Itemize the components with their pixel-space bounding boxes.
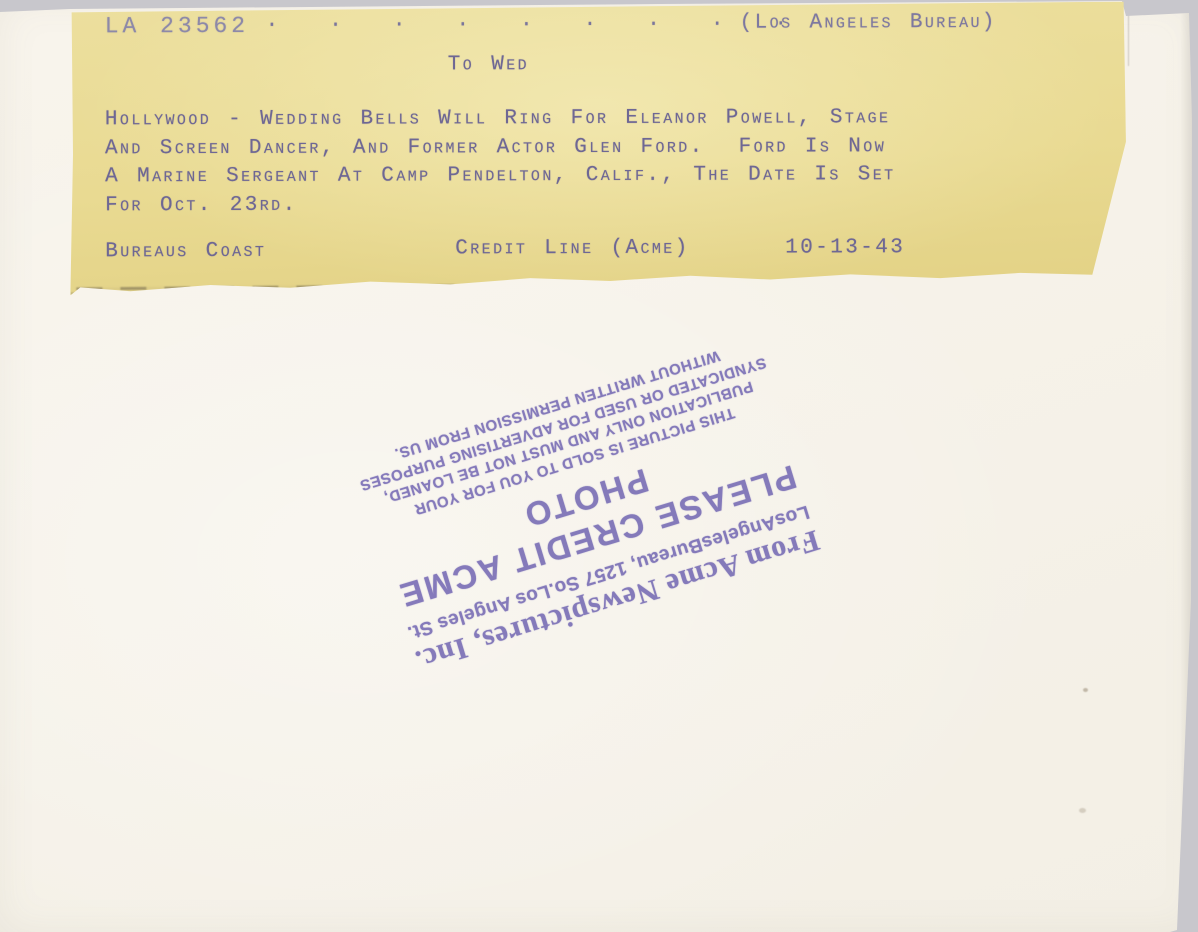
scanned-press-photo-verso: LA 23562 ......... (Los Angeles Bureau) … (0, 0, 1198, 932)
caption-line: For Oct. 23rd. (105, 190, 896, 221)
paper-edge-shadow (1180, 0, 1194, 932)
paper-speck (1083, 688, 1088, 692)
date-stamp: 10-13-43 (785, 236, 905, 259)
reference-number: LA 23562 (105, 13, 249, 39)
paper-speck (1079, 808, 1086, 813)
caption-body: Hollywood - Wedding Bells Will Ring For … (105, 104, 896, 220)
bureau-routing-label: Bureaus Coast (105, 240, 266, 263)
caption-line: Hollywood - Wedding Bells Will Ring For … (105, 104, 896, 135)
credit-line-label: Credit Line (Acme) (455, 237, 689, 261)
caption-line: A Marine Sergeant At Camp Pendelton, Cal… (105, 161, 896, 192)
paper-fold-line (1128, 14, 1129, 66)
caption-line: And Screen Dancer, And Former Actor Glen… (105, 133, 896, 164)
caption-slip: LA 23562 ......... (Los Angeles Bureau) … (70, 2, 1127, 301)
caption-headline: To Wed (448, 53, 529, 76)
bureau-label: (Los Angeles Bureau) (740, 11, 997, 35)
